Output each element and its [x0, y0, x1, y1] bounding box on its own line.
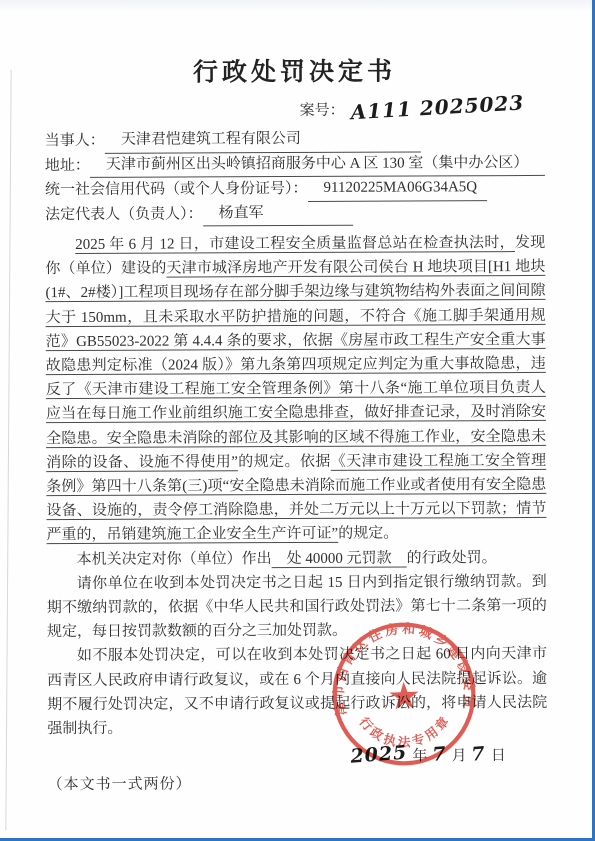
- inspection-date-segment: 2025 年 6 月 12 日，市建设工程安全质量监督总站在检查执法时，: [75, 235, 515, 253]
- plain-segment: 的规定。: [338, 526, 398, 542]
- plain-segment: 如不服本处罚决定，可以在收到本处罚决定书之日起 60 日内向天津市西青区人民政府…: [47, 646, 547, 737]
- credit-code-value: 91120225MA06G34A5Q: [307, 176, 487, 201]
- year-label: 年: [412, 749, 427, 765]
- date-month-handwritten: 7: [432, 743, 448, 766]
- party-value: 天津君恺建筑工程有限公司: [105, 127, 421, 153]
- address-label: 地址：: [45, 154, 90, 178]
- plain-segment: 的规定。依据: [238, 454, 331, 470]
- appeal-rights-paragraph: 如不服本处罚决定，可以在收到本处罚决定书之日起 60 日内向天津市西青区人民政府…: [47, 642, 547, 741]
- plain-segment: 的行政处罚。: [407, 550, 497, 566]
- day-label: 日: [491, 748, 506, 764]
- date-day-handwritten: 7: [471, 743, 487, 766]
- case-number-row: 案号：A111 2025023: [45, 95, 545, 127]
- penalty-decision-paragraph: 本机关决定对你（单位）作出 处 40000 元罚款 的行政处罚。: [47, 546, 547, 572]
- date-year-handwritten: 2025: [350, 742, 408, 768]
- document-title: 行政处罚决定书: [44, 51, 544, 89]
- credit-code-label: 统一社会信用代码（或个人身份证号）：: [45, 178, 308, 203]
- case-number-label: 案号：: [300, 103, 345, 119]
- legal-rep-label: 法定代表人（负责人）：: [45, 203, 203, 227]
- month-label: 月: [452, 749, 467, 765]
- facts-and-legal-basis-paragraph: 2025 年 6 月 12 日，市建设工程安全质量监督总站在检查执法时，发现你（…: [45, 231, 546, 548]
- plain-segment: 本机关决定对你（单位）作出: [77, 551, 272, 568]
- payment-instructions-paragraph: 请你单位在收到本处罚决定书之日起 15 日内到指定银行缴纳罚款。到期不缴纳罚款的…: [47, 570, 547, 645]
- scanned-page-frame: 行政处罚决定书 案号：A111 2025023 当事人： 天津君恺建筑工程有限公…: [0, 0, 595, 841]
- address-value: 天津市蓟州区出头岭镇招商服务中心 A 区 130 室（集中办公区）: [90, 151, 545, 177]
- legal-rep-row: 法定代表人（负责人）： 杨直军: [45, 200, 545, 227]
- party-info-section: 当事人： 天津君恺建筑工程有限公司 地址： 天津市蓟州区出头岭镇招商服务中心 A…: [45, 127, 545, 227]
- case-number-handwritten-value: A111 2025023: [350, 90, 525, 124]
- decision-body: 2025 年 6 月 12 日，市建设工程安全质量监督总站在检查执法时，发现你（…: [45, 231, 547, 741]
- plain-segment: 请你单位在收到本处罚决定书之日起 15 日内到指定银行缴纳罚款。到期不缴纳罚款的…: [47, 574, 547, 641]
- credit-code-row: 统一社会信用代码（或个人身份证号）： 91120225MA06G34A5Q: [45, 176, 545, 203]
- document-sheet: 行政处罚决定书 案号：A111 2025023 当事人： 天津君恺建筑工程有限公…: [0, 0, 594, 839]
- address-row: 地址： 天津市蓟州区出头岭镇招商服务中心 A 区 130 室（集中办公区）: [45, 151, 545, 178]
- violation-details-segment: 天津市城泽房地产开发有限公司侯台 H 地块项目[H1 地块(1#、2#楼）]工程…: [45, 259, 546, 471]
- fine-amount-segment: 处 40000 元罚款: [272, 550, 407, 567]
- decision-date-row: 2025年7月7日: [47, 743, 547, 767]
- copies-note: （本文书一式两份）: [48, 771, 548, 794]
- legal-rep-value: 杨直军: [203, 201, 353, 226]
- party-row: 当事人： 天津君恺建筑工程有限公司: [45, 127, 545, 154]
- party-label: 当事人：: [45, 130, 105, 154]
